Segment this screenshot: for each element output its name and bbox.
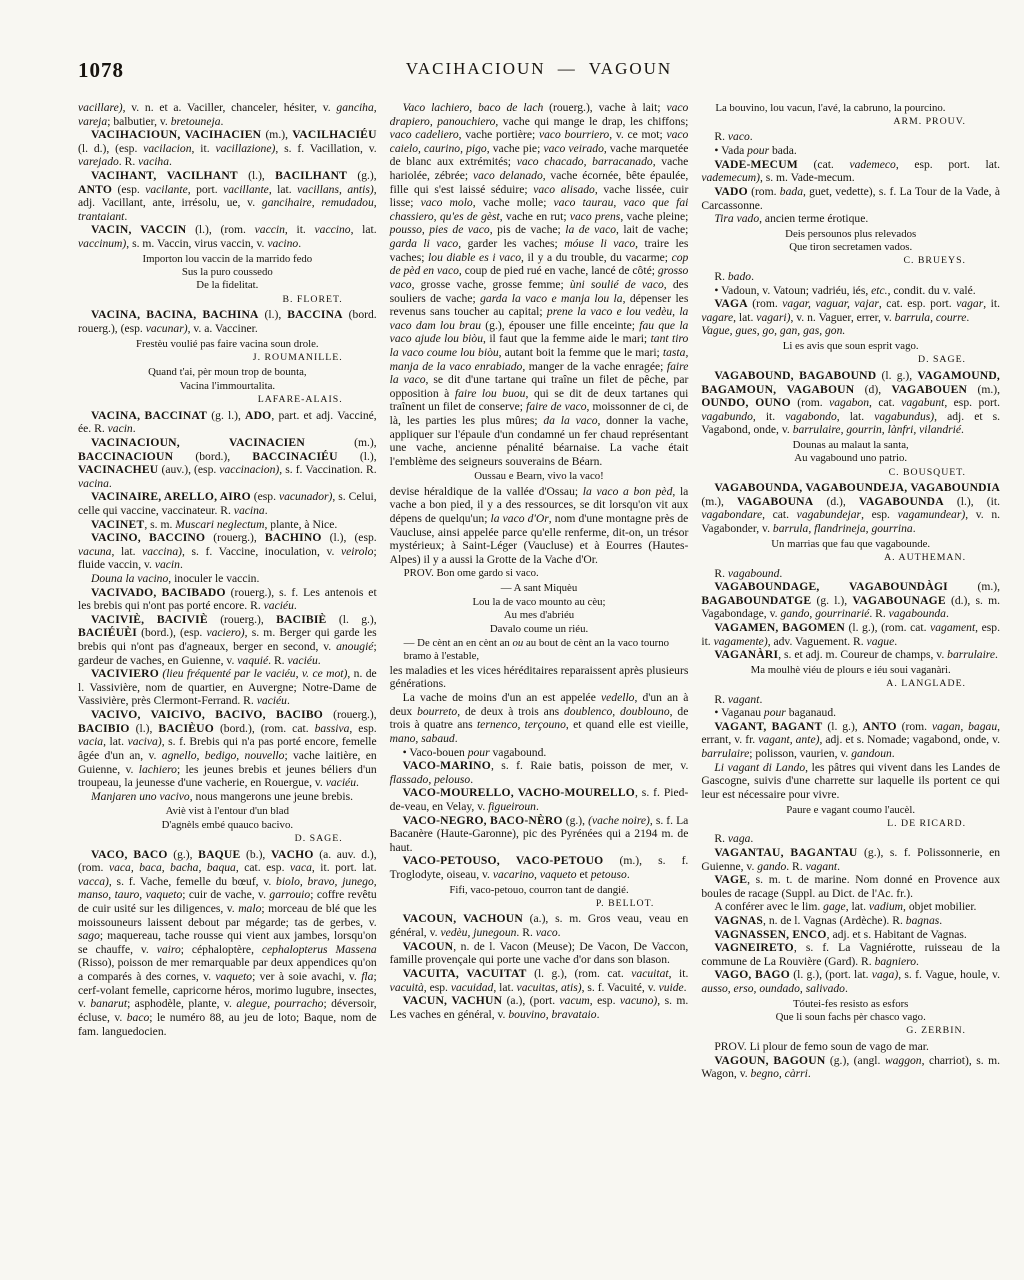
citation-author: J. ROUMANILLE. xyxy=(78,352,377,364)
entry-paragraph: Douna la vacino, inoculer le vaccin. xyxy=(78,572,377,586)
entry-paragraph: VACUN, VACHUN (a.), (port. vacum, esp. v… xyxy=(390,994,689,1021)
entry-paragraph: VACIHANT, VACILHANT (l.), BACILHANT (g.)… xyxy=(78,169,377,223)
citation-author: G. ZERBIN. xyxy=(701,1025,1000,1037)
entry-paragraph: VAGE, s. m. t. de marine. Nom donné en P… xyxy=(701,873,1000,900)
entry-paragraph: VACIVADO, BACIBADO (rouerg.), s. f. Les … xyxy=(78,586,377,613)
entry-paragraph: Manjaren uno vacivo, nous mangerons une … xyxy=(78,790,377,804)
entry-paragraph: Li vagant di Lando, les pâtres qui viven… xyxy=(701,761,1000,802)
verse-quote: Aviè vist à l'entour d'un bladD'agnèls e… xyxy=(78,805,377,832)
entry-paragraph: VAGABOUNDAGE, VAGABOUNDÀGI (m.), BAGABOU… xyxy=(701,580,1000,621)
entry-paragraph: • Vada pour bada. xyxy=(701,144,1000,158)
entry-paragraph: • Vaco-bouen pour vagabound. xyxy=(390,746,689,760)
entry-paragraph: VAGANTAU, BAGANTAU (g.), s. f. Polissonn… xyxy=(701,846,1000,873)
citation-author: C. BRUEYS. xyxy=(701,255,1000,267)
citation-author: D. SAGE. xyxy=(78,833,377,845)
entry-paragraph: La vache de moins d'un an est appelée ve… xyxy=(390,691,689,745)
citation-author: C. BOUSQUET. xyxy=(701,467,1000,479)
entry-paragraph: VAGABOUND, BAGABOUND (l. g.), VAGAMOUND,… xyxy=(701,369,1000,437)
entry-paragraph: Tira vado, ancien terme érotique. xyxy=(701,212,1000,226)
entry-paragraph: R. vaco. xyxy=(701,130,1000,144)
entry-paragraph: VAGANT, BAGANT (l. g.), ANTO (rom. vagan… xyxy=(701,720,1000,761)
entry-paragraph: VACINAIRE, ARELLO, AIRO (esp. vacunador)… xyxy=(78,490,377,517)
column-middle: Vaco lachiero, baco de lach (rouerg.), v… xyxy=(390,101,689,1081)
verse-quote: Fifi, vaco-petouo, courron tant de dangi… xyxy=(390,884,689,897)
verse-quote: Paure e vagant coumo l'aucèl. xyxy=(701,804,1000,817)
text-columns: vacillare), v. n. et a. Vaciller, chance… xyxy=(78,101,1000,1081)
entry-paragraph: VACOUN, n. de l. Vacon (Meuse); De Vacon… xyxy=(390,940,689,967)
entry-paragraph: VADO (rom. bada, guet, vedette), s. f. L… xyxy=(701,185,1000,212)
entry-paragraph: VAGAMEN, BAGOMEN (l. g.), (rom. cat. vag… xyxy=(701,621,1000,648)
entry-paragraph: R. vagabound. xyxy=(701,567,1000,581)
entry-paragraph: les maladies et les vices héréditaires r… xyxy=(390,664,689,691)
entry-paragraph: VACIVIÈ, BACIVIÈ (rouerg.), BACIBIÈ (l. … xyxy=(78,613,377,667)
entry-paragraph: VACINACIOUN, VACINACIEN (m.), BACCINACIO… xyxy=(78,436,377,490)
verse-quote: Un marrias que fau que vagabounde. xyxy=(701,538,1000,551)
entry-paragraph: • Vadoun, v. Vatoun; vadriéu, iés, etc.,… xyxy=(701,284,1000,298)
entry-paragraph: Vague, gues, go, gan, gas, gon. xyxy=(701,324,1000,338)
verse-quote: Li es avis que soun esprit vago. xyxy=(701,340,1000,353)
entry-paragraph: VAGNASSEN, ENCO, adj. et s. Habitant de … xyxy=(701,928,1000,942)
page-header: 1078 VACIHACIOUN — VAGOUN xyxy=(78,56,1000,92)
quote-paragraph: PROV. Bon ome gardo si vaco. xyxy=(390,567,689,580)
column-right: La bouvino, lou vacun, l'avé, la cabruno… xyxy=(701,101,1000,1081)
entry-paragraph: R. vaga. xyxy=(701,832,1000,846)
citation-author: ARM. PROUV. xyxy=(701,116,1000,128)
entry-paragraph: VAGNAS, n. de l. Vagnas (Ardèche). R. ba… xyxy=(701,914,1000,928)
citation-author: B. FLORET. xyxy=(78,294,377,306)
entry-paragraph: VACIN, VACCIN (l.), (rom. vaccin, it. va… xyxy=(78,223,377,250)
entry-paragraph: VACIVIERO (lieu fréquenté par le vaciéu,… xyxy=(78,667,377,708)
entry-paragraph: VACO-NEGRO, BACO-NÈRO (g.), (vache noire… xyxy=(390,814,689,855)
entry-paragraph: VACUITA, VACUITAT (l. g.), (rom. cat. va… xyxy=(390,967,689,994)
entry-paragraph: vacillare), v. n. et a. Vaciller, chance… xyxy=(78,101,377,128)
running-head: VACIHACIOUN — VAGOUN xyxy=(78,56,1000,79)
verse-quote: Quand t'ai, pèr moun trop de bounta,Vaci… xyxy=(78,366,377,393)
entry-paragraph: PROV. Li plour de femo soun de vago de m… xyxy=(701,1040,1000,1054)
entry-paragraph: R. vagant. xyxy=(701,693,1000,707)
entry-paragraph: VAGA (rom. vagar, vaguar, vajar, cat. es… xyxy=(701,297,1000,324)
entry-paragraph: VAGOUN, BAGOUN (g.), (angl. waggon, char… xyxy=(701,1054,1000,1081)
page-number: 1078 xyxy=(78,58,124,83)
citation-author: L. DE RICARD. xyxy=(701,818,1000,830)
entry-paragraph: VACIHACIOUN, VACIHACIEN (m.), VACILHACIÉ… xyxy=(78,128,377,169)
citation-author: A. LANGLADE. xyxy=(701,678,1000,690)
citation-author: P. BELLOT. xyxy=(390,898,689,910)
entry-paragraph: devise héraldique de la vallée d'Ossau; … xyxy=(390,485,689,567)
verse-quote: Oussau e Bearn, vivo la vaco! xyxy=(390,470,689,483)
verse-quote: Tóutei-fes resisto as esforsQue li soun … xyxy=(701,998,1000,1025)
verse-quote: Dounas au malaut la santa,Au vagabound u… xyxy=(701,439,1000,466)
verse-quote: — A sant MiquèuLou la de vaco mounto au … xyxy=(390,582,689,636)
verse-quote: Ma moulhè viéu de plours e iéu soui vaga… xyxy=(701,664,1000,677)
entry-paragraph: VACINO, BACCINO (rouerg.), BACHINO (l.),… xyxy=(78,531,377,572)
entry-paragraph: VACIVO, VAICIVO, BACIVO, BACIBO (rouerg.… xyxy=(78,708,377,790)
entry-paragraph: VACO-MOURELLO, VACHO-MOURELLO, s. f. Pie… xyxy=(390,786,689,813)
quote-paragraph: — De cènt an en cènt an ou au bout de cè… xyxy=(390,637,689,663)
entry-paragraph: VAGANÀRI, s. et adj. m. Coureur de champ… xyxy=(701,648,1000,662)
entry-paragraph: VACINA, BACINA, BACHINA (l.), BACCINA (b… xyxy=(78,308,377,335)
entry-paragraph: VAGABOUNDA, VAGABOUNDEJA, VAGABOUNDIA (m… xyxy=(701,481,1000,535)
citation-author: A. AUTHEMAN. xyxy=(701,552,1000,564)
entry-paragraph: VACO, BACO (g.), BAQUE (b.), VACHO (a. a… xyxy=(78,848,377,1039)
entry-paragraph: VACO-MARINO, s. f. Raie batis, poisson d… xyxy=(390,759,689,786)
entry-paragraph: VAGO, BAGO (l. g.), (port. lat. vaga), s… xyxy=(701,968,1000,995)
citation-author: D. SAGE. xyxy=(701,354,1000,366)
entry-paragraph: R. bado. xyxy=(701,270,1000,284)
entry-paragraph: VACOUN, VACHOUN (a.), s. m. Gros veau, v… xyxy=(390,912,689,939)
entry-paragraph: A conférer avec le lim. gage, lat. vadiu… xyxy=(701,900,1000,914)
entry-paragraph: Vaco lachiero, baco de lach (rouerg.), v… xyxy=(390,101,689,468)
citation-author: LAFARE-ALAIS. xyxy=(78,394,377,406)
entry-paragraph: VACINET, s. m. Muscari neglectum, plante… xyxy=(78,518,377,532)
verse-quote: Deis persounos plus relevadosQue tiron s… xyxy=(701,228,1000,255)
dictionary-page: 1078 VACIHACIOUN — VAGOUN vacillare), v.… xyxy=(0,0,1024,1280)
entry-paragraph: • Vaganau pour baganaud. xyxy=(701,706,1000,720)
entry-paragraph: VACO-PETOUSO, VACO-PETOUO (m.), s. f. Tr… xyxy=(390,854,689,881)
quote-paragraph: La bouvino, lou vacun, l'avé, la cabruno… xyxy=(701,102,1000,115)
entry-paragraph: VADE-MECUM (cat. vademeco, esp. port. la… xyxy=(701,158,1000,185)
verse-quote: Importon lou vaccin de la marrido fedoSu… xyxy=(78,253,377,293)
column-left: vacillare), v. n. et a. Vaciller, chance… xyxy=(78,101,377,1081)
entry-paragraph: VACINA, BACCINAT (g. l.), ADO, part. et … xyxy=(78,409,377,436)
entry-paragraph: VAGNEIRETO, s. f. La Vagniérotte, ruisse… xyxy=(701,941,1000,968)
verse-quote: Frestèu voulié pas faire vacina soun dro… xyxy=(78,338,377,351)
